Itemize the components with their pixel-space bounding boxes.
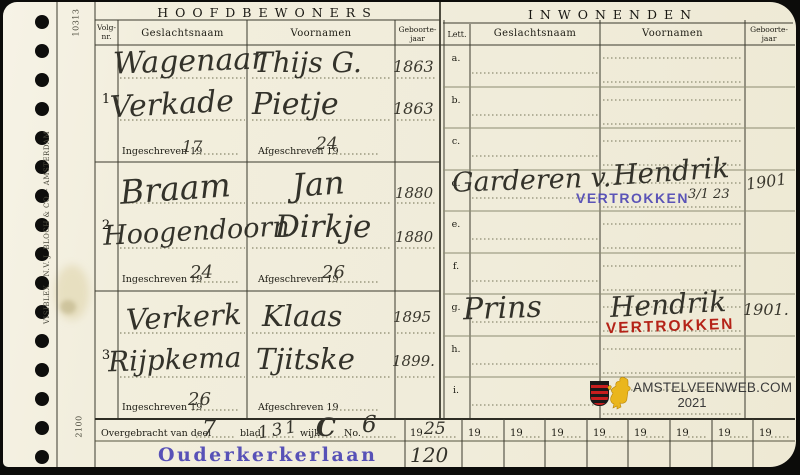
- afgeschreven-year-handwritten: 24: [316, 136, 338, 153]
- row-letter: c.: [444, 136, 468, 147]
- punch-hole: [35, 73, 49, 87]
- column-header-volgnr: Volg-nr.: [95, 24, 118, 41]
- first-year-handwritten: 25: [424, 421, 446, 438]
- birth-year-handwritten: 1895: [393, 310, 431, 325]
- punch-hole: [35, 334, 49, 348]
- column-header-geslachtsnaam-right: Geslachtsnaam: [470, 28, 600, 39]
- given-name-handwritten: Tjitske: [256, 345, 355, 374]
- ingeschreven-year-handwritten: 26: [188, 391, 211, 409]
- year-cell-prefix: 19: [551, 428, 564, 439]
- punch-hole: [35, 450, 49, 464]
- street-name-stamp: Ouderkerkerlaan: [158, 444, 377, 466]
- punch-hole: [35, 421, 49, 435]
- year-cell-prefix: 19: [634, 428, 647, 439]
- printer-line: N.V. J. BLOCH & CO. - AMSTERDAM: [43, 131, 51, 277]
- printer-imprint: VISIBLEX N.V. J. BLOCH & CO. - AMSTERDAM: [43, 154, 51, 324]
- surname-handwritten: Wagenaar: [113, 44, 266, 79]
- given-name-handwritten: Dirkje: [275, 212, 371, 243]
- column-header-voornamen-right: Voornamen: [600, 28, 745, 39]
- stock-number-bottom: 2100: [75, 415, 84, 437]
- column-header-geboortejaar-right: Geboorte-jaar: [745, 26, 793, 43]
- punch-hole: [35, 363, 49, 377]
- year-cell-prefix: 19: [510, 428, 523, 439]
- no-label: No.: [344, 428, 361, 439]
- surname-handwritten: Rijpkema: [108, 344, 242, 377]
- column-header-lett: Lett.: [444, 30, 470, 39]
- section-title-inwonenden: INWONENDEN: [443, 7, 783, 22]
- house-number-handwritten: 120: [410, 445, 448, 465]
- birth-year-handwritten: 1863: [393, 101, 434, 117]
- given-name-handwritten: Klaas: [262, 302, 342, 331]
- surname-handwritten: Prins: [463, 293, 543, 326]
- watermark-site: AMSTELVEENWEB.COM: [633, 380, 792, 395]
- row-letter: i.: [444, 385, 468, 396]
- punch-hole: [35, 102, 49, 116]
- date-note-handwritten: 3/1 23: [688, 188, 730, 201]
- birth-year-handwritten: 1880: [395, 186, 433, 201]
- punch-hole: [35, 44, 49, 58]
- no-handwritten: 6: [362, 414, 377, 437]
- surname-handwritten: Braam: [119, 168, 232, 209]
- column-header-voornamen: Voornamen: [247, 28, 395, 39]
- deel-handwritten: 7: [202, 419, 216, 441]
- column-header-geboortejaar: Geboorte-jaar: [395, 26, 440, 43]
- watermark-year: 2021: [633, 395, 751, 410]
- given-name-handwritten: Pietje: [252, 90, 339, 120]
- ingeschreven-year-handwritten: 17: [182, 139, 202, 155]
- stock-number-top: 10313: [71, 9, 80, 37]
- year-cell-prefix: 19: [468, 428, 481, 439]
- birth-year-handwritten: 1863: [393, 59, 434, 75]
- year-cell-prefix: 19: [410, 428, 423, 439]
- row-letter: b.: [444, 95, 468, 106]
- birth-year-handwritten: 1880: [395, 230, 433, 245]
- transfer-label: Overgebracht van deel: [101, 428, 211, 439]
- row-letter: e.: [444, 219, 468, 230]
- section-title-hoofdbewoners: HOOFDBEWONERS: [95, 5, 440, 20]
- birth-year-handwritten: 1901.: [743, 302, 789, 318]
- ingeschreven-year-handwritten: 24: [190, 264, 213, 282]
- given-name-handwritten: Thijs G.: [254, 49, 362, 77]
- surname-handwritten: Verkade: [109, 87, 234, 123]
- afgeschreven-year-handwritten: 26: [322, 264, 345, 282]
- vertrokken-stamp-purple: VERTROKKEN: [576, 190, 689, 206]
- given-name-handwritten: Jan: [291, 166, 346, 202]
- punch-hole: [35, 15, 49, 29]
- manufacturer-name: VISIBLEX: [43, 285, 51, 324]
- year-cell-prefix: 19: [593, 428, 606, 439]
- row-letter: h.: [444, 344, 468, 355]
- afgeschreven-label: Afgeschreven 19: [258, 402, 339, 413]
- wijk-handwritten: C: [316, 415, 336, 440]
- punch-hole: [35, 392, 49, 406]
- year-cell-prefix: 19: [718, 428, 731, 439]
- year-cell-prefix: 19: [759, 428, 772, 439]
- column-header-geslachtsnaam: Geslachtsnaam: [118, 28, 247, 39]
- watermark: AMSTELVEENWEB.COM 2021: [588, 374, 763, 414]
- row-letter: f.: [444, 261, 468, 272]
- row-letter: a.: [444, 53, 468, 64]
- birth-year-handwritten: 1899.: [392, 354, 435, 369]
- scanned-population-register-card: 10313 VISIBLEX N.V. J. BLOCH & CO. - AMS…: [0, 0, 800, 475]
- given-name-handwritten: Hendrik: [612, 154, 730, 190]
- surname-handwritten: Verkerk: [125, 300, 242, 335]
- lion-icon: [605, 376, 633, 410]
- year-cell-prefix: 19: [676, 428, 689, 439]
